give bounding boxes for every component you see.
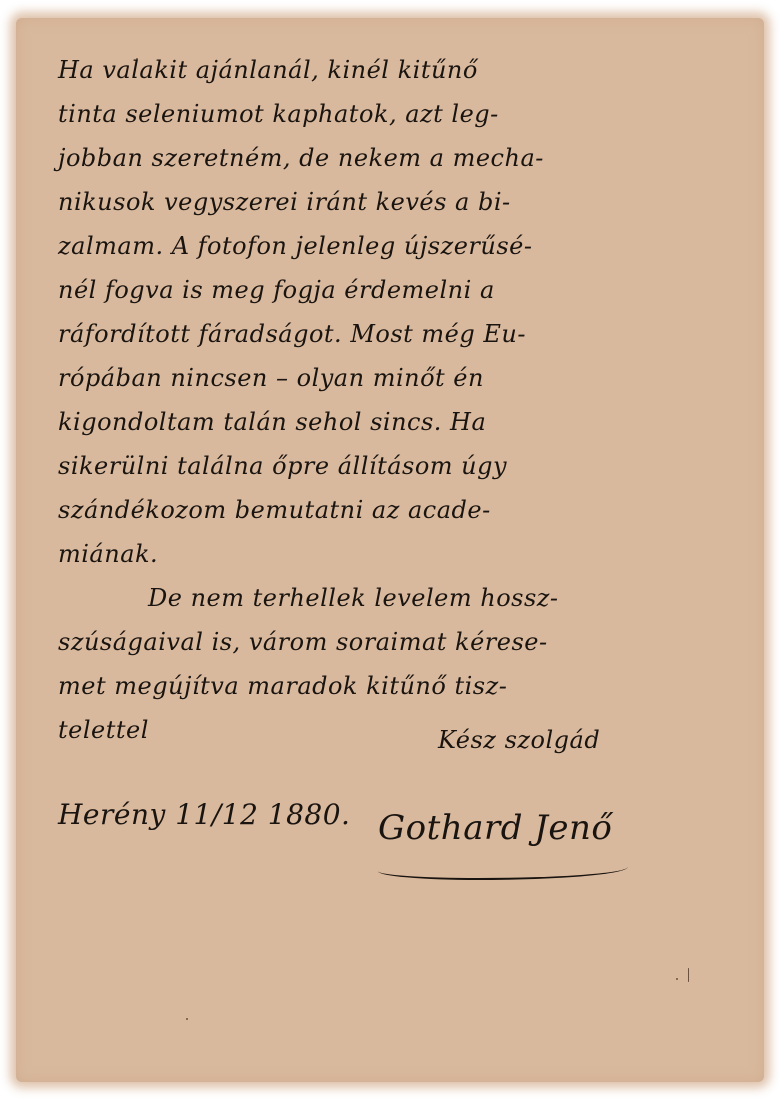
body-line: szándékozom bemutatni az acade-: [58, 488, 708, 532]
paper-speck: [676, 978, 678, 980]
body-line: szúságaival is, várom soraimat kérese-: [58, 620, 708, 664]
body-line: rópában nincsen – olyan minőt én: [58, 356, 708, 400]
body-line: nél fogva is meg fogja érdemelni a: [58, 268, 708, 312]
body-line: zalmam. A fotofon jelenleg újszerűsé-: [58, 224, 708, 268]
letter-date: Herény 11/12 1880.: [58, 798, 350, 831]
paper-speck: [186, 1018, 188, 1020]
body-line: nikusok vegyszerei iránt kevés a bi-: [58, 180, 708, 224]
body-line: met megújítva maradok kitűnő tisz-: [58, 664, 708, 708]
body-line: De nem terhellek levelem hossz-: [58, 576, 708, 620]
closing-salutation: Kész szolgád: [438, 718, 600, 762]
closing-row: telettel Kész szolgád Herény 11/12 1880.…: [58, 708, 708, 752]
body-line: telettel: [58, 708, 149, 752]
body-line: jobban szeretném, de nekem a mecha-: [58, 136, 708, 180]
letter-body: Ha valakit ajánlanál, kinél kitűnő tinta…: [58, 48, 708, 752]
body-line: tinta seleniumot kaphatok, azt leg-: [58, 92, 708, 136]
paper-mark: [688, 968, 689, 982]
body-line: ráfordított fáradságot. Most még Eu-: [58, 312, 708, 356]
body-line: sikerülni találna őpre állításom úgy: [58, 444, 708, 488]
signature: Gothard Jenő: [378, 808, 612, 848]
body-line: miának.: [58, 532, 708, 576]
body-line: kigondoltam talán sehol sincs. Ha: [58, 400, 708, 444]
body-line: Ha valakit ajánlanál, kinél kitűnő: [58, 48, 708, 92]
